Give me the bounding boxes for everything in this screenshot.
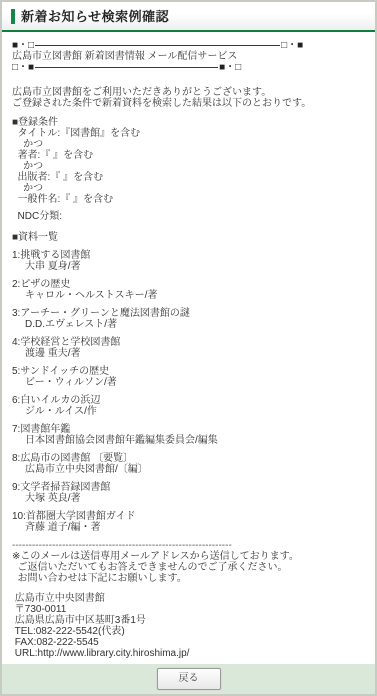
greeting-line: 広島市立図書館をご利用いただきありがとうございます。: [12, 87, 365, 98]
item-title: ピザの歴史: [20, 279, 70, 290]
contact-line: TEL:082-222-5542(代表): [12, 626, 365, 637]
item-title: サンドイッチの歴史: [20, 366, 109, 377]
registered-conditions: ■登録条件 タイトル:『図書館』を含む かつ 著者:『 』を含む かつ 出版者:…: [12, 117, 365, 222]
deco-squares-left: ■・□: [12, 40, 34, 51]
item-author: 斉藤 道子/編・著: [12, 522, 365, 533]
deco-squares-left: □・■: [12, 62, 34, 73]
item-author: 大串 夏身/著: [12, 261, 365, 272]
item-author: D.D.エヴェレスト/著: [12, 319, 365, 330]
separator-line: ----------------------------------------…: [12, 540, 365, 551]
results-list: 1:挑戦する図書館 大串 夏身/著 2:ピザの歴史 キャロル・ヘルストスキー/著…: [12, 250, 365, 533]
mail-service-name: 広島市立図書館 新着図書情報 メール配信サービス: [12, 51, 365, 62]
condition-line: 出版者:『 』を含む: [12, 172, 365, 183]
item-title-line: 4:学校経営と学校図書館: [12, 337, 365, 348]
contact-info: 広島市立中央図書館 〒730-0011 広島県広島市中区基町3番1号 TEL:0…: [12, 593, 365, 659]
deco-squares-right: ■・□: [219, 62, 241, 73]
item-title-line: 7:図書館年鑑: [12, 424, 365, 435]
result-item: 2:ピザの歴史 キャロル・ヘルストスキー/著: [12, 279, 365, 301]
page-header: 新着お知らせ検索例確認: [2, 2, 375, 32]
item-title: 白いイルカの浜辺: [20, 395, 100, 406]
item-title-line: 1:挑戦する図書館: [12, 250, 365, 261]
greeting-line: ご登録された条件で新着資料を検索した結果は以下のとおりです。: [12, 98, 365, 109]
result-item: 5:サンドイッチの歴史 ビー・ウィルソン/著: [12, 366, 365, 388]
item-title-line: 6:白いイルカの浜辺: [12, 395, 365, 406]
result-item: 7:図書館年鑑 日本図書館協会図書館年鑑編集委員会/編集: [12, 424, 365, 446]
results-section: ■資料一覧 1:挑戦する図書館 大串 夏身/著 2:ピザの歴史 キャロル・ヘルス…: [12, 232, 365, 533]
deco-rule: [35, 67, 218, 68]
item-author: 大塚 英良/著: [12, 493, 365, 504]
contact-line: 広島県広島市中区基町3番1号: [12, 615, 365, 626]
page-title: 新着お知らせ検索例確認: [11, 9, 366, 24]
ndc-class-line: NDC分類:: [12, 211, 365, 222]
condition-line: かつ: [12, 139, 365, 150]
deco-rule: [35, 45, 280, 46]
contact-line: URL:http://www.library.city.hiroshima.jp…: [12, 648, 365, 659]
notification-preview-page: 新着お知らせ検索例確認 ■・□ □・■ 広島市立図書館 新着図書情報 メール配信…: [0, 0, 377, 696]
item-author: 日本図書館協会図書館年鑑編集委員会/編集: [12, 435, 365, 446]
item-title: 図書館年鑑: [20, 424, 70, 435]
result-item: 4:学校経営と学校図書館 渡邊 重夫/著: [12, 337, 365, 359]
item-title-line: 9:文学者掃苔録図書館: [12, 482, 365, 493]
condition-line: タイトル:『図書館』を含む: [12, 128, 365, 139]
contact-line: 広島市立中央図書館: [12, 593, 365, 604]
item-title-line: 8:広島市の図書館 〔要覧〕: [12, 453, 365, 464]
notice-line: ※このメールは送信専用メールアドレスから送信しております。: [12, 551, 365, 562]
result-item: 9:文学者掃苔録図書館 大塚 英良/著: [12, 482, 365, 504]
notice-line: お問い合わせは下記にお願いします。: [12, 573, 365, 584]
email-preview-body: ■・□ □・■ 広島市立図書館 新着図書情報 メール配信サービス □・■ ■・□…: [2, 32, 375, 664]
deco-squares-right: □・■: [281, 40, 303, 51]
result-item: 10:首都圏大学図書館ガイド 斉藤 道子/編・著: [12, 511, 365, 533]
mail-masthead: ■・□ □・■ 広島市立図書館 新着図書情報 メール配信サービス □・■ ■・□: [12, 40, 365, 73]
result-item: 1:挑戦する図書館 大串 夏身/著: [12, 250, 365, 272]
notice-lines: ※このメールは送信専用メールアドレスから送信しております。 ご返信いただいてもお…: [12, 551, 365, 584]
footer-bar: 戻る: [2, 664, 375, 694]
item-title: 文学者掃苔録図書館: [20, 482, 110, 493]
item-title: 広島市の図書館 〔要覧〕: [20, 453, 133, 464]
send-only-notice: ----------------------------------------…: [12, 540, 365, 584]
greeting-text: 広島市立図書館をご利用いただきありがとうございます。 ご登録された条件で新着資料…: [12, 87, 365, 109]
result-item: 8:広島市の図書館 〔要覧〕 広島市立中央図書館/〔編〕: [12, 453, 365, 475]
notice-line: ご返信いただいてもお答えできませんのでご了承ください。: [12, 562, 365, 573]
item-title-line: 2:ピザの歴史: [12, 279, 365, 290]
conditions-heading: ■登録条件: [12, 117, 365, 128]
item-author: 渡邊 重夫/著: [12, 348, 365, 359]
condition-line: 一般件名:『 』を含む: [12, 194, 365, 205]
item-number: 10:: [12, 511, 26, 522]
item-title-line: 10:首都圏大学図書館ガイド: [12, 511, 365, 522]
contact-line: FAX:082-222-5545: [12, 637, 365, 648]
item-author: ビー・ウィルソン/著: [12, 377, 365, 388]
item-title-line: 5:サンドイッチの歴史: [12, 366, 365, 377]
mail-deco-line-top: ■・□ □・■: [12, 40, 365, 51]
item-title: 首都圏大学図書館ガイド: [26, 511, 136, 522]
result-item: 3:アーチー・グリーンと魔法図書館の謎 D.D.エヴェレスト/著: [12, 308, 365, 330]
results-heading: ■資料一覧: [12, 232, 365, 243]
contact-line: 〒730-0011: [12, 604, 365, 615]
item-author: キャロル・ヘルストスキー/著: [12, 290, 365, 301]
result-item: 6:白いイルカの浜辺 ジル・ルイス/作: [12, 395, 365, 417]
condition-line: かつ: [12, 183, 365, 194]
item-title: 学校経営と学校図書館: [20, 337, 120, 348]
conditions-lines: タイトル:『図書館』を含む かつ 著者:『 』を含む かつ 出版者:『 』を含む…: [12, 128, 365, 205]
item-title: アーチー・グリーンと魔法図書館の謎: [20, 308, 190, 319]
back-button[interactable]: 戻る: [157, 668, 221, 690]
condition-line: かつ: [12, 161, 365, 172]
item-title-line: 3:アーチー・グリーンと魔法図書館の謎: [12, 308, 365, 319]
condition-line: 著者:『 』を含む: [12, 150, 365, 161]
item-author: 広島市立中央図書館/〔編〕: [12, 464, 365, 475]
mail-deco-line-bottom: □・■ ■・□: [12, 62, 365, 73]
item-author: ジル・ルイス/作: [12, 406, 365, 417]
item-title: 挑戦する図書館: [20, 250, 90, 261]
